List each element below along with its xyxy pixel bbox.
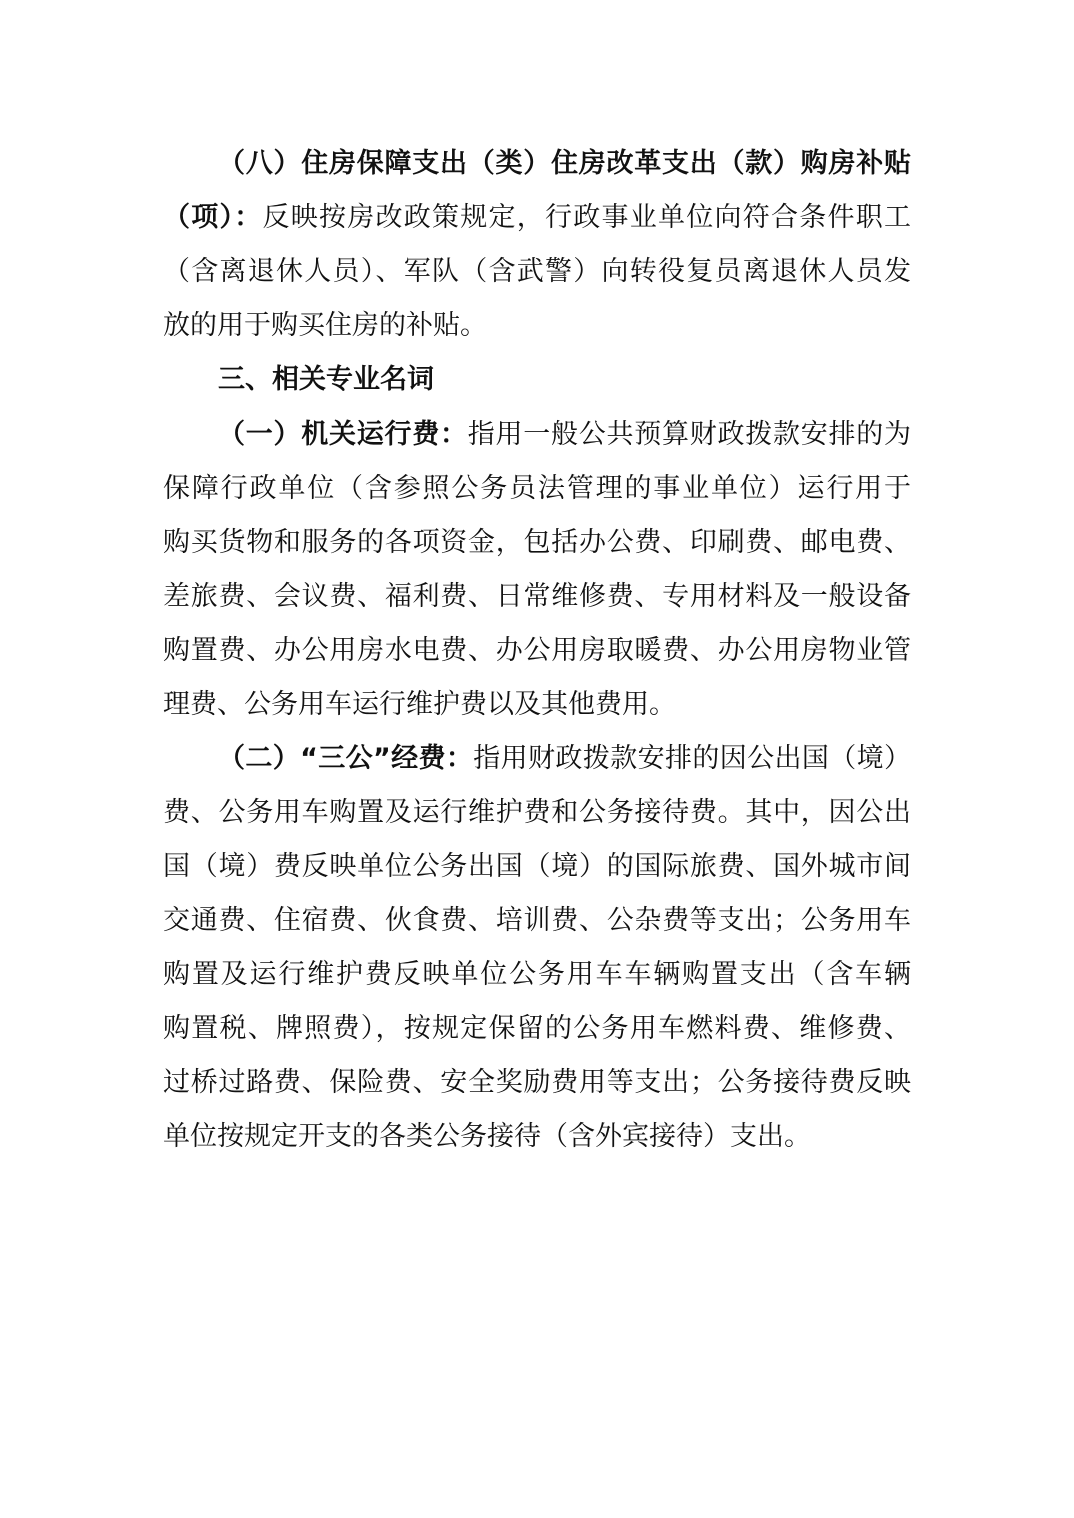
term-2-text: 国（境）费反映单位公务出国（境）的国际旅费、国外城市间 [163,851,911,882]
paragraph-term-2-line-7: 过桥过路费、保险费、安全奖励费用等支出；公务接待费反映 [163,1063,911,1103]
term-1-text: 差旅费、会议费、福利费、日常维修费、专用材料及一般设备 [163,581,911,612]
paragraph-term-2-line-5: 购置及运行维护费反映单位公务用车车辆购置支出（含车辆 [163,955,911,995]
item-8-title-cont: （项）： [163,202,263,233]
term-1-title: （一）机关运行费： [218,419,468,450]
term-1-text: 指用一般公共预算财政拨款安排的为 [468,419,911,450]
term-2-text: 过桥过路费、保险费、安全奖励费用等支出；公务接待费反映 [163,1067,911,1098]
term-2-title: （二）“三公”经费： [218,743,473,774]
paragraph-item-8-line-1: （八）住房保障支出（类）住房改革支出（款）购房补贴 [218,144,911,184]
section-heading-3: 三、相关专业名词 [218,360,911,400]
paragraph-item-8-line-2: （项）：反映按房改政策规定，行政事业单位向符合条件职工 [163,198,911,238]
paragraph-term-2-line-2: 费、公务用车购置及运行维护费和公务接待费。其中，因公出 [163,793,911,833]
paragraph-term-1-line-6: 理费、公务用车运行维护费以及其他费用。 [163,685,911,725]
item-8-title: （八）住房保障支出（类）住房改革支出（款）购房补贴 [218,148,911,179]
paragraph-term-1-line-4: 差旅费、会议费、福利费、日常维修费、专用材料及一般设备 [163,577,911,617]
term-1-text: 保障行政单位（含参照公务员法管理的事业单位）运行用于 [163,473,911,504]
paragraph-item-8-line-3: （含离退休人员）、军队（含武警）向转役复员离退休人员发 [163,252,911,292]
paragraph-term-2-line-1: （二）“三公”经费：指用财政拨款安排的因公出国（境） [218,739,911,779]
item-8-text: 放的用于购买住房的补贴。 [163,310,487,341]
term-1-text: 购置费、办公用房水电费、办公用房取暖费、办公用房物业管 [163,635,911,666]
paragraph-term-1-line-1: （一）机关运行费：指用一般公共预算财政拨款安排的为 [218,415,911,455]
paragraph-item-8-line-4: 放的用于购买住房的补贴。 [163,306,911,346]
paragraph-term-2-line-4: 交通费、住宿费、伙食费、培训费、公杂费等支出；公务用车 [163,901,911,941]
paragraph-term-1-line-5: 购置费、办公用房水电费、办公用房取暖费、办公用房物业管 [163,631,911,671]
item-8-text: （含离退休人员）、军队（含武警）向转役复员离退休人员发 [163,256,911,287]
term-2-text: 交通费、住宿费、伙食费、培训费、公杂费等支出；公务用车 [163,905,911,936]
term-2-text: 购置税、牌照费），按规定保留的公务用车燃料费、维修费、 [163,1013,911,1044]
document-page: （八）住房保障支出（类）住房改革支出（款）购房补贴 （项）：反映按房改政策规定，… [0,0,1074,1518]
term-2-text: 单位按规定开支的各类公务接待（含外宾接待）支出。 [163,1121,811,1152]
item-8-text: 反映按房改政策规定，行政事业单位向符合条件职工 [263,202,912,233]
paragraph-term-1-line-2: 保障行政单位（含参照公务员法管理的事业单位）运行用于 [163,469,911,509]
paragraph-term-2-line-6: 购置税、牌照费），按规定保留的公务用车燃料费、维修费、 [163,1009,911,1049]
paragraph-term-1-line-3: 购买货物和服务的各项资金，包括办公费、印刷费、邮电费、 [163,523,911,563]
term-1-text: 理费、公务用车运行维护费以及其他费用。 [163,689,676,720]
paragraph-term-2-line-8: 单位按规定开支的各类公务接待（含外宾接待）支出。 [163,1117,911,1157]
term-2-text: 费、公务用车购置及运行维护费和公务接待费。其中，因公出 [163,797,911,828]
term-1-text: 购买货物和服务的各项资金，包括办公费、印刷费、邮电费、 [163,527,911,558]
term-2-text: 购置及运行维护费反映单位公务用车车辆购置支出（含车辆 [163,959,911,990]
paragraph-term-2-line-3: 国（境）费反映单位公务出国（境）的国际旅费、国外城市间 [163,847,911,887]
term-2-text: 指用财政拨款安排的因公出国（境） [473,743,911,774]
